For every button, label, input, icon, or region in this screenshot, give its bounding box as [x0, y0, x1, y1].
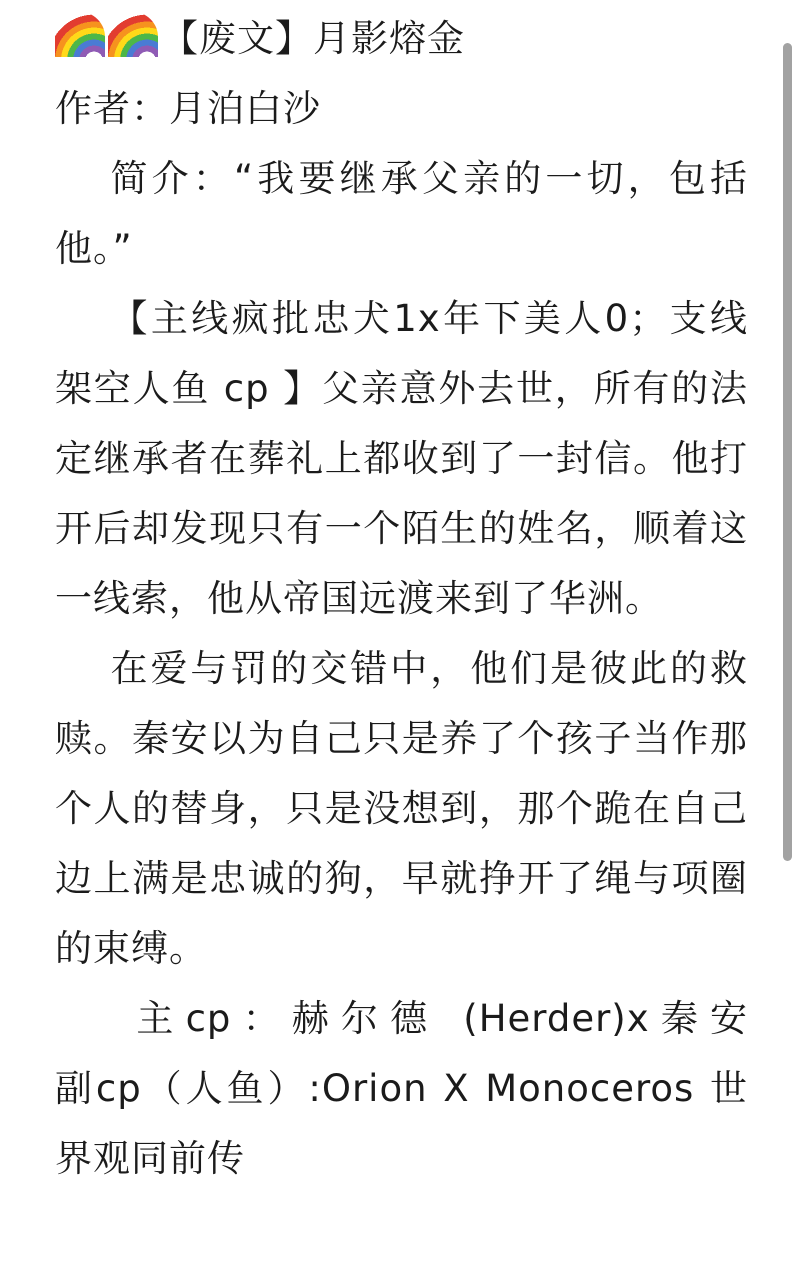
rainbow-icon	[55, 12, 105, 57]
rainbow-icon	[108, 12, 158, 57]
scrollbar-thumb[interactable]	[783, 43, 792, 861]
title-line: 【废文】月影熔金	[55, 4, 748, 74]
paragraph-synopsis: 【主线疯批忠犬1x年下美人0；支线架空人鱼 cp 】父亲意外去世，所有的法定继承…	[55, 284, 748, 634]
paragraph-story: 在爱与罚的交错中，他们是彼此的救赎。秦安以为自己只是养了个孩子当作那个人的替身，…	[55, 634, 748, 984]
paragraph-intro: 简介：“我要继承父亲的一切，包括他。”	[55, 144, 748, 284]
page-title: 【废文】月影熔金	[161, 17, 465, 60]
author-line: 作者：月泊白沙	[55, 74, 748, 144]
paragraph-cp-info: 主cp：赫尔德 (Herder)x秦安 副cp（人鱼）:Orion X Mono…	[55, 984, 748, 1194]
document-page: 【废文】月影熔金 作者：月泊白沙 简介：“我要继承父亲的一切，包括他。” 【主线…	[0, 0, 800, 1277]
